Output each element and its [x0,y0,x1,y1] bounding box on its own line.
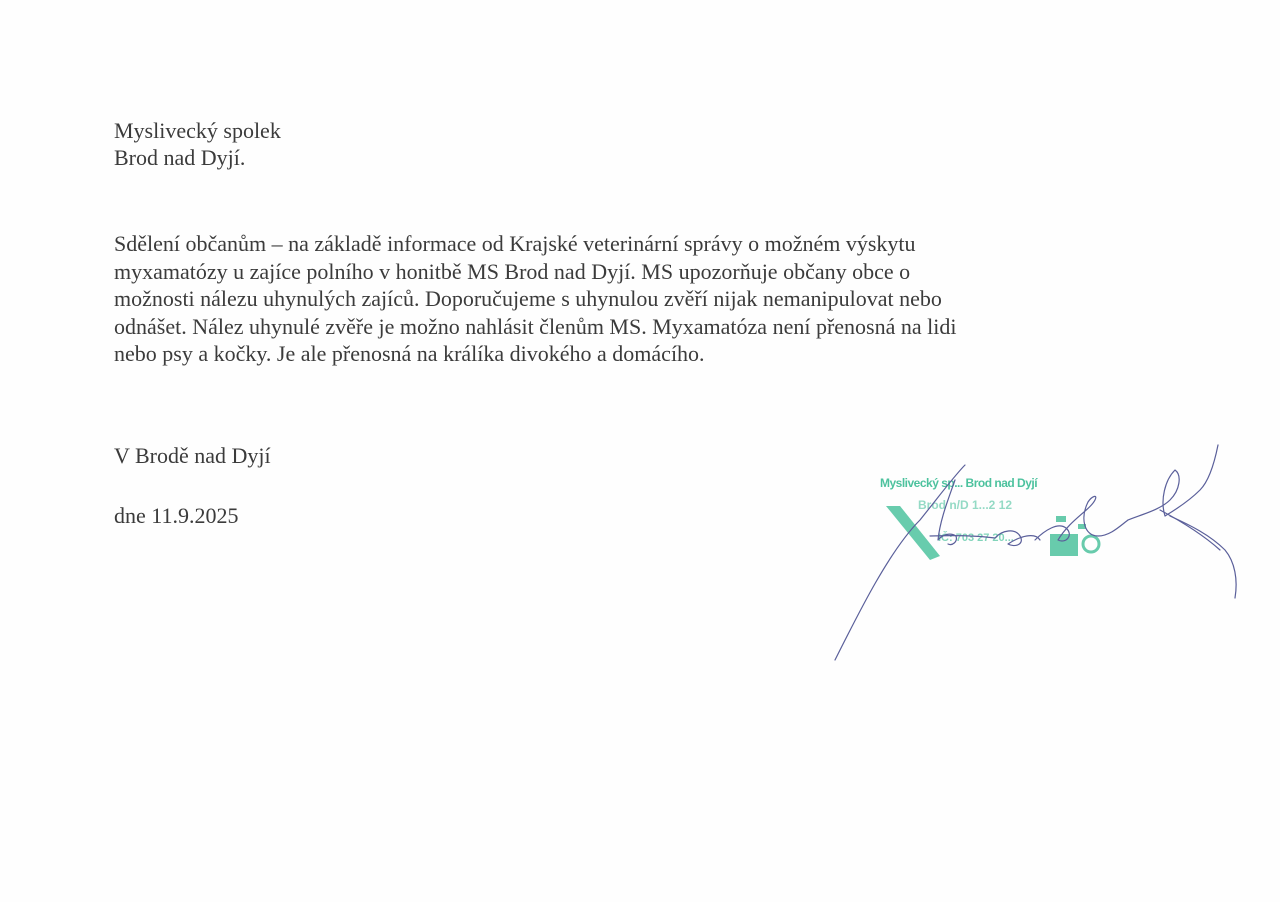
date-line: dne 11.9.2025 [114,503,238,529]
sender-organization: Myslivecký spolek [114,117,281,144]
document-page: Myslivecký spolek Brod nad Dyjí. Sdělení… [0,0,1280,902]
notice-body: Sdělení občanům – na základě informace o… [114,230,1114,368]
signature-icon [830,440,1250,670]
sender-block: Myslivecký spolek Brod nad Dyjí. [114,117,281,171]
body-line: myxamatózy u zajíce polního v honitbě MS… [114,258,1114,286]
body-line: nebo psy a kočky. Je ale přenosná na krá… [114,340,1114,368]
body-line: možnosti nálezu uhynulých zajíců. Doporu… [114,285,1114,313]
place-line: V Brodě nad Dyjí [114,443,271,469]
body-line: odnášet. Nález uhynulé zvěře je možno na… [114,313,1114,341]
sender-location: Brod nad Dyjí. [114,144,281,171]
body-line: Sdělení občanům – na základě informace o… [114,230,1114,258]
